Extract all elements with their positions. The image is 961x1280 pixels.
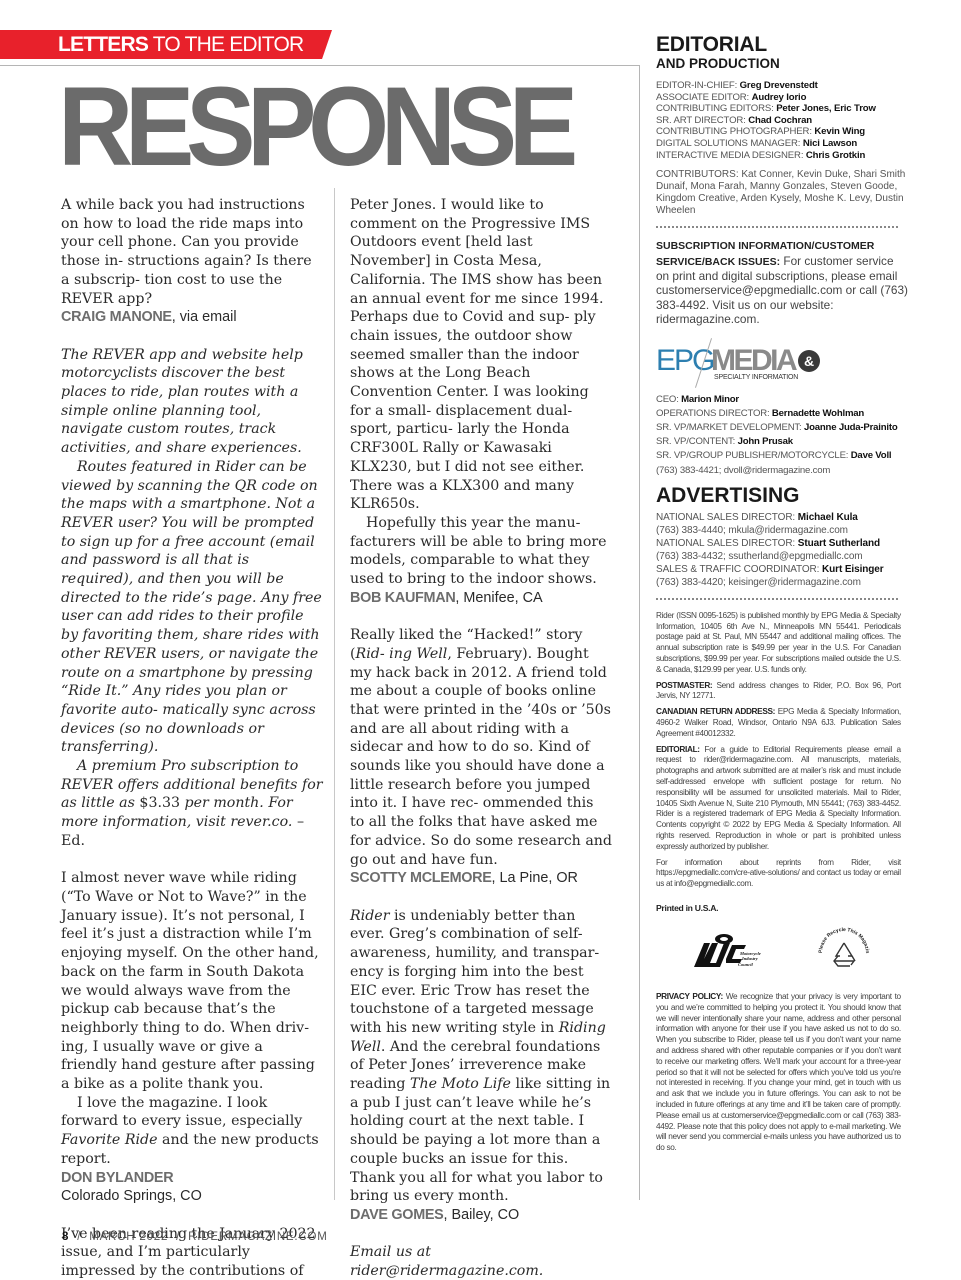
email-us-note: Email us at rider@ridermagazine.com.: [350, 1243, 612, 1280]
staff-entry: SR. ART DIRECTOR: Chad Cochran: [656, 115, 908, 127]
staff-role: EDITOR-IN-CHIEF:: [656, 80, 740, 91]
contributors-list: CONTRIBUTORS: Kat Conner, Kevin Duke, Sh…: [656, 169, 908, 217]
staff-entry: CEO: Marion Minor: [656, 393, 908, 407]
recycle-icon: Please Recycle This Magazine: [814, 923, 874, 981]
staff-entry: DIGITAL SOLUTIONS MANAGER: Nici Lawson: [656, 138, 908, 150]
staff-name: Peter Jones, Eric Trow: [776, 103, 876, 114]
privacy-text: We recognize that your privacy is very i…: [656, 991, 901, 1152]
letter-body: Peter Jones. I would like to comment on …: [350, 196, 612, 514]
editorial-subheading: AND PRODUCTION: [656, 56, 908, 72]
author-location: Colorado Springs, CO: [61, 1187, 323, 1206]
printed-in-usa: Printed in U.S.A.: [656, 903, 908, 913]
staff-contact: (763) 383-4432; ssutherland@epgmediallc.…: [656, 550, 908, 563]
staff-entry: CONTRIBUTING PHOTOGRAPHER: Kevin Wing: [656, 126, 908, 138]
notice-label: CANADIAN RETURN ADDRESS:: [656, 706, 775, 716]
staff-role: SR. ART DIRECTOR:: [656, 115, 748, 126]
staff-entry: ASSOCIATE EDITOR: Audrey Iorio: [656, 92, 908, 104]
publication-notice: Rider (ISSN 0095-1625) is published mont…: [656, 610, 901, 675]
letter-body: Rider is undeniably better than ever. Gr…: [350, 907, 612, 1206]
author-name: DON BYLANDER: [61, 1170, 173, 1186]
staff-name: Chris Grotkin: [806, 150, 865, 161]
letter-body: I love the magazine. I look forward to e…: [61, 1094, 323, 1169]
letter-text: is undeniably better than ever. Greg’s c…: [350, 908, 599, 1036]
letter-body: Hopefully this year the manu- facturers …: [350, 514, 612, 589]
letter-italic: Rid- ing Well: [356, 646, 448, 662]
staff-name: Chad Cochran: [748, 115, 812, 126]
svg-text:Industry: Industry: [741, 956, 759, 961]
staff-name: John Prusak: [738, 436, 793, 447]
letter-italic: The Moto Life: [410, 1076, 511, 1092]
masthead-sidebar: EDITORIAL AND PRODUCTION EDITOR-IN-CHIEF…: [656, 34, 908, 1153]
letter-signature: DON BYLANDER: [61, 1169, 323, 1188]
editorial-notice: EDITORIAL: For a guide to Editorial Requ…: [656, 744, 901, 852]
banner-light-text: TO THE EDITOR: [148, 33, 303, 56]
author-location: , Bailey, CO: [443, 1207, 519, 1223]
staff-entry: SR. VP/MARKET DEVELOPMENT: Joanne Juda-P…: [656, 421, 908, 435]
staff-role: SR. VP/MARKET DEVELOPMENT:: [656, 422, 804, 433]
staff-role: CONTRIBUTING PHOTOGRAPHER:: [656, 126, 814, 137]
dotted-divider: [656, 226, 898, 228]
legal-notices: Rider (ISSN 0095-1625) is published mont…: [656, 610, 901, 889]
letter-signature: SCOTTY MCLEMORE, La Pine, OR: [350, 869, 612, 888]
editor-reply: The REVER app and website help motorcycl…: [61, 346, 323, 458]
editorial-staff-list: EDITOR-IN-CHIEF: Greg Drevenstedt ASSOCI…: [656, 80, 908, 161]
staff-name: Audrey Iorio: [752, 92, 807, 103]
banner-bold-text: LETTERS: [58, 33, 148, 56]
column-divider: [334, 188, 335, 1200]
letter-text: like sitting in a pub I just can’t leave…: [350, 1076, 610, 1204]
staff-contact: (763) 383-4440; mkula@ridermagazine.com: [656, 524, 908, 537]
staff-name: Joanne Juda-Prainito: [804, 422, 898, 433]
svg-text:Please Recycle This Magazine: Please Recycle This Magazine: [814, 923, 870, 953]
notice-text: For a guide to Editorial Requirements pl…: [656, 744, 901, 851]
staff-role: SR. VP/GROUP PUBLISHER/MOTORCYCLE:: [656, 450, 851, 461]
letter-text: , February). Bought my hack back in 2012…: [350, 646, 612, 868]
section-banner-label: LETTERS TO THE EDITOR: [58, 33, 303, 57]
notice-label: EDITORIAL:: [656, 744, 700, 754]
article-column-right: Peter Jones. I would like to comment on …: [350, 196, 612, 1280]
page-number: 8: [62, 1231, 69, 1243]
staff-entry: NATIONAL SALES DIRECTOR: Stuart Sutherla…: [656, 537, 908, 550]
staff-entry: EDITOR-IN-CHIEF: Greg Drevenstedt: [656, 80, 908, 92]
staff-role: SR. VP/CONTENT:: [656, 436, 738, 447]
staff-entry: OPERATIONS DIRECTOR: Bernadette Wohlman: [656, 407, 908, 421]
article-column-left: A while back you had instructions on how…: [61, 196, 323, 1280]
staff-role: NATIONAL SALES DIRECTOR:: [656, 538, 798, 549]
editorial-heading: EDITORIAL: [656, 34, 908, 56]
staff-name: Marion Minor: [681, 394, 739, 405]
editor-reply: Routes featured in Rider can be viewed b…: [61, 458, 323, 757]
staff-entry: CONTRIBUTING EDITORS: Peter Jones, Eric …: [656, 103, 908, 115]
staff-role: CONTRIBUTING EDITORS:: [656, 103, 776, 114]
page-title: RESPONSE: [58, 72, 570, 182]
staff-entry: INTERACTIVE MEDIA DESIGNER: Chris Grotki…: [656, 150, 908, 162]
author-name: DAVE GOMES: [350, 1207, 443, 1223]
letter-text: I love the magazine. I look forward to e…: [61, 1095, 302, 1130]
logo-tagline: SPECIALTY INFORMATION: [714, 374, 798, 381]
staff-name: Bernadette Wohlman: [772, 408, 864, 419]
staff-role: SALES & TRAFFIC COORDINATOR:: [656, 564, 822, 575]
staff-name: Nici Lawson: [803, 138, 857, 149]
author-location: , via email: [172, 309, 237, 325]
staff-role: DIGITAL SOLUTIONS MANAGER:: [656, 138, 803, 149]
staff-contact: (763) 383-4420; keisinger@ridermagazine.…: [656, 576, 908, 589]
letter-italic: Favorite Ride: [61, 1132, 158, 1148]
epg-media-logo: EPG MEDIA & SPECIALTY INFORMATION: [656, 341, 908, 393]
staff-entry: NATIONAL SALES DIRECTOR: Michael Kula: [656, 511, 908, 524]
issue-date: MARCH 2022: [89, 1231, 168, 1243]
advertising-staff-list: NATIONAL SALES DIRECTOR: Michael Kula (7…: [656, 511, 908, 589]
staff-entry: SR. VP/CONTENT: John Prusak: [656, 435, 908, 449]
page-footer: 8 / MARCH 2022 / RIDERMAGAZINE.COM: [62, 1231, 328, 1243]
staff-name: Kurt Eisinger: [822, 564, 884, 575]
svg-text:Council: Council: [738, 962, 754, 967]
staff-contact: (763) 383-4421; dvoll@ridermagazine.com: [656, 464, 908, 478]
staff-name: Greg Drevenstedt: [740, 80, 818, 91]
logo-media: MEDIA: [711, 344, 795, 378]
letter-signature: CRAIG MANONE, via email: [61, 308, 323, 327]
privacy-label: PRIVACY POLICY:: [656, 991, 723, 1001]
staff-role: OPERATIONS DIRECTOR:: [656, 408, 772, 419]
corporate-staff-list: CEO: Marion Minor OPERATIONS DIRECTOR: B…: [656, 393, 908, 478]
motorcycle-industry-council-logo-icon: Motorcycle Industry Council: [690, 929, 770, 973]
staff-entry: SR. VP/GROUP PUBLISHER/MOTORCYCLE: Dave …: [656, 449, 908, 463]
author-name: BOB KAUFMAN: [350, 590, 455, 606]
site-url[interactable]: RIDERMAGAZINE.COM: [188, 1231, 327, 1243]
letter-body: I almost never wave while riding (“To Wa…: [61, 869, 323, 1093]
reprints-notice: For information about reprints from Ride…: [656, 857, 901, 889]
author-location: , Menifee, CA: [455, 590, 542, 606]
footer-separator: /: [77, 1231, 81, 1243]
reply-price: $3.33: [139, 795, 180, 811]
author-name: SCOTTY MCLEMORE: [350, 870, 492, 886]
advertising-heading: ADVERTISING: [656, 483, 908, 509]
staff-role: ASSOCIATE EDITOR:: [656, 92, 752, 103]
letter-italic: Rider: [350, 908, 389, 924]
staff-role: INTERACTIVE MEDIA DESIGNER:: [656, 150, 806, 161]
canadian-return-notice: CANADIAN RETURN ADDRESS: EPG Media & Spe…: [656, 706, 901, 738]
logo-row: Motorcycle Industry Council Please Recyc…: [656, 921, 908, 985]
staff-name: Dave Voll: [851, 450, 892, 461]
staff-name: Kevin Wing: [814, 126, 865, 137]
footer-separator: /: [176, 1231, 180, 1243]
logo-ampersand-icon: &: [798, 350, 820, 372]
notice-label: POSTMASTER:: [656, 680, 712, 690]
letter-signature: BOB KAUFMAN, Menifee, CA: [350, 589, 612, 608]
letter-signature: DAVE GOMES, Bailey, CO: [350, 1206, 612, 1225]
author-name: CRAIG MANONE: [61, 309, 172, 325]
staff-role: NATIONAL SALES DIRECTOR:: [656, 512, 798, 523]
subscription-info: SUBSCRIPTION INFORMATION/CUSTOMER SERVIC…: [656, 238, 908, 326]
staff-role: CEO:: [656, 394, 681, 405]
letter-body: Really liked the “Hacked!” story (Rid- i…: [350, 626, 612, 869]
postmaster-notice: POSTMASTER: Send address changes to Ride…: [656, 680, 901, 702]
dotted-divider: [656, 598, 898, 600]
letter-body: A while back you had instructions on how…: [61, 196, 323, 308]
staff-entry: SALES & TRAFFIC COORDINATOR: Kurt Eising…: [656, 563, 908, 576]
author-location: , La Pine, OR: [492, 870, 578, 886]
editor-reply: A premium Pro subscription to REVER offe…: [61, 757, 323, 851]
staff-name: Stuart Sutherland: [798, 538, 880, 549]
staff-name: Michael Kula: [798, 512, 858, 523]
privacy-policy: PRIVACY POLICY: We recognize that your p…: [656, 991, 901, 1153]
